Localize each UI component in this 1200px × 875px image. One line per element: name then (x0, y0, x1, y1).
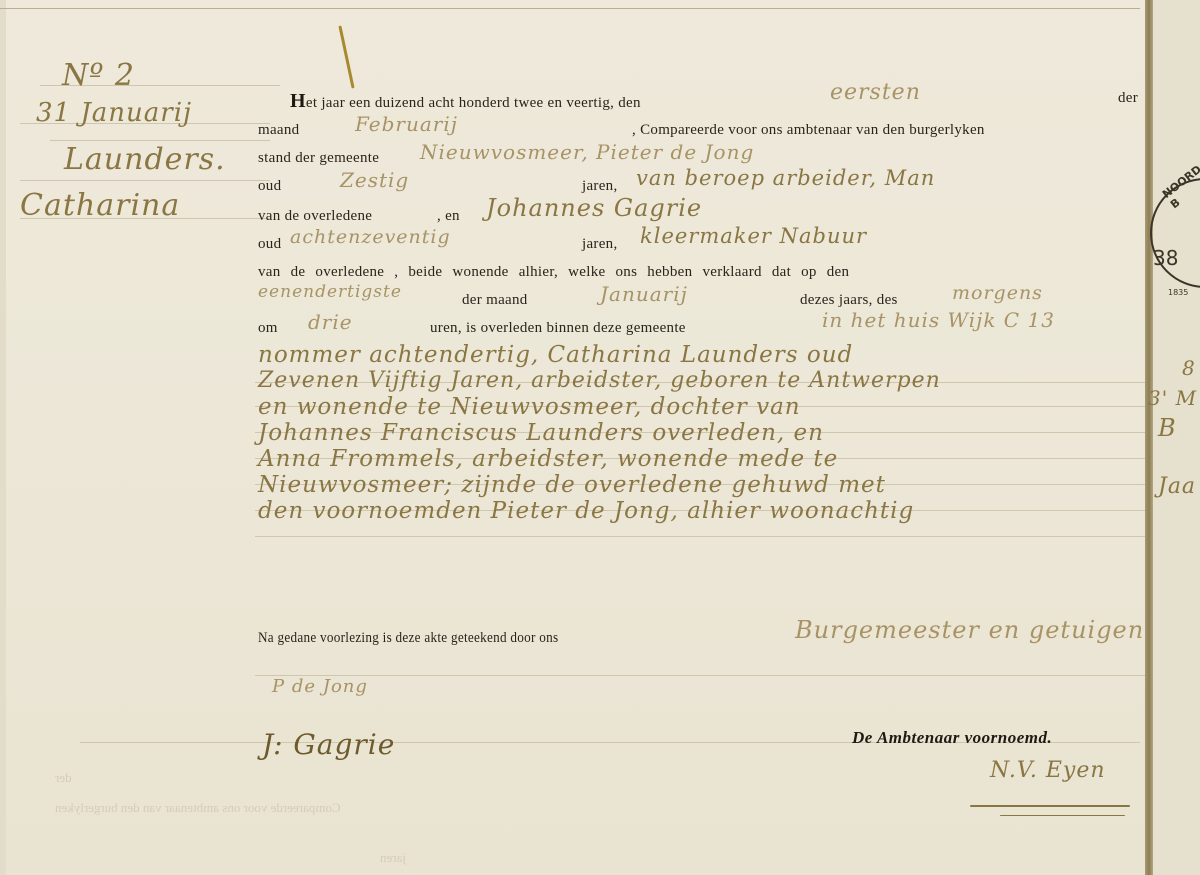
adjacent-fragment: B (1158, 414, 1177, 442)
body-line: nommer achtendertig, Catharina Launders … (258, 342, 853, 368)
ink-mark (338, 25, 354, 88)
form-line-9: uren, is overleden binnen deze gemeente (430, 320, 686, 337)
adjacent-fragment: 8 (1182, 356, 1196, 380)
field-death-day: eenendertigste (258, 282, 402, 302)
form-line-6-label: oud (258, 236, 281, 253)
ruled-line (50, 140, 270, 141)
form-line-5-label: van de overledene (258, 208, 372, 225)
field-hour: drie (308, 310, 353, 334)
form-line-4-label: oud (258, 178, 281, 195)
margin-act-number: Nº 2 (62, 58, 135, 93)
form-line-1: Het jaar een duizend acht honderd twee e… (290, 90, 641, 113)
form-line-5-en: , en (437, 208, 460, 225)
margin-surname: Launders. (64, 142, 226, 177)
ruled-line (20, 180, 270, 181)
field-place-of-death: in het huis Wijk C 13 (822, 308, 1055, 332)
adjacent-fragment: Jaa (1158, 474, 1196, 499)
body-line: Johannes Franciscus Launders overleden, … (258, 420, 824, 446)
adjacent-fragment: 3' M (1148, 386, 1197, 410)
field-declarant-age: Zestig (340, 168, 409, 192)
field-witness-age: achtenzeventig (290, 226, 451, 248)
signature-flourish (970, 805, 1130, 807)
form-line-6-jaren: jaren, (582, 236, 618, 253)
form-line-4-jaren: jaren, (582, 178, 618, 195)
body-line: Anna Frommels, arbeidster, wonende mede … (258, 446, 838, 472)
stamp-year: 1835 (1168, 288, 1188, 297)
field-witness-occupation: kleermaker Nabuur (640, 224, 867, 248)
signature-witness-1: P de Jong (272, 676, 368, 697)
form-line-2: , Compareerde voor ons ambtenaar van den… (632, 122, 985, 139)
binding-gutter (1145, 0, 1153, 875)
signature-flourish (1000, 815, 1125, 816)
signature-witness-2: J: Gagrie (262, 728, 395, 761)
form-line-8-month-label: der maand (462, 292, 528, 309)
form-line-8: dezes jaars, des (800, 292, 898, 309)
field-declarant-occupation: van beroep arbeider, Man (636, 166, 935, 190)
register-page: Nº 2 31 Januarij Launders. Catharina Het… (0, 0, 1145, 875)
body-line: Zevenen Vijftig Jaren, arbeidster, gebor… (258, 368, 941, 393)
form-line-9-label: om (258, 320, 278, 337)
field-day: eersten (830, 80, 921, 105)
field-month: Februarij (355, 112, 458, 136)
signature-official: N.V. Eyen (990, 758, 1106, 783)
top-border-line (0, 8, 1140, 9)
ruled-line (255, 536, 1145, 537)
official-label: De Ambtenaar voornoemd. (852, 728, 1052, 748)
form-line-2-label: maand (258, 122, 299, 139)
form-line-3-label: stand der gemeente (258, 150, 379, 167)
form-line-1-suffix: der (1118, 90, 1138, 107)
closing-statement: Na gedane voorlezing is deze akte geteek… (258, 630, 558, 647)
form-line-7: van de overledene , beide wonende alhier… (258, 264, 849, 281)
body-line: den voornoemden Pieter de Jong, alhier w… (258, 498, 914, 524)
drop-cap: H (290, 90, 306, 112)
body-line: Nieuwvosmeer; zijnde de overledene gehuw… (258, 472, 886, 498)
bleed-through-text: der (55, 770, 72, 786)
margin-date: 31 Januarij (36, 98, 192, 128)
form-text: et jaar een duizend acht honderd twee en… (306, 95, 641, 111)
page-edge (0, 0, 6, 875)
bleed-through-text: Compareerde voor ons ambtenaar van den b… (55, 800, 341, 816)
field-time-of-day: morgens (952, 282, 1043, 304)
field-witness-name: Johannes Gagrie (486, 194, 702, 222)
field-death-month: Januarij (600, 282, 688, 306)
field-signatories: Burgemeester en getuigen (795, 616, 1144, 644)
ruled-line (255, 675, 1145, 676)
stamp-number: 38 (1153, 246, 1178, 270)
body-line: en wonende te Nieuwvosmeer, dochter van (258, 394, 801, 420)
margin-given-name: Catharina (20, 188, 180, 223)
bleed-through-text: jaren (380, 850, 406, 866)
field-municipality-declarant: Nieuwvosmeer, Pieter de Jong (420, 140, 754, 164)
